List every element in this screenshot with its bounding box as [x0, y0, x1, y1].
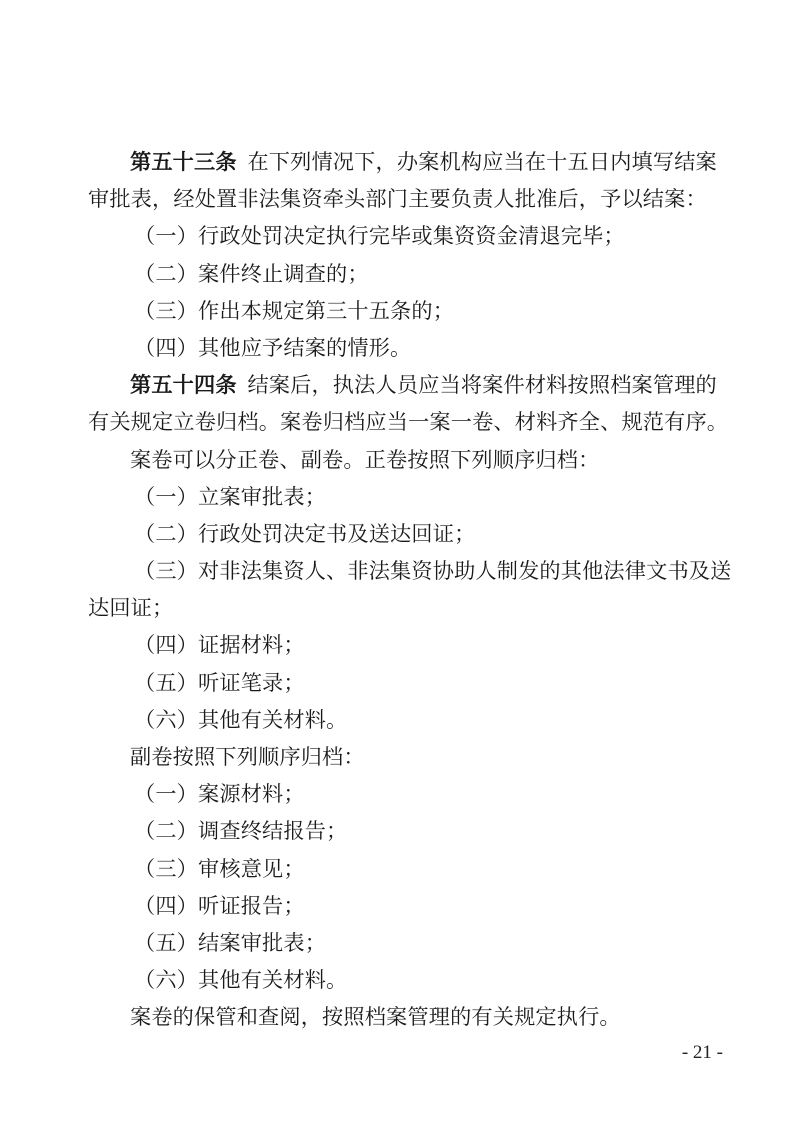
main-volume-item: （四）证据材料；: [88, 626, 730, 663]
main-volume-item: （六）其他有关材料。: [88, 701, 730, 738]
article-54-intro-2: 有关规定立卷归档。案卷归档应当一案一卷、材料齐全、规范有序。: [88, 403, 730, 440]
article-53-item: （三）作出本规定第三十五条的；: [88, 292, 730, 329]
sub-volume-item: （三）审核意见；: [88, 850, 730, 887]
sub-volume-item: （六）其他有关材料。: [88, 961, 730, 998]
article-53-item: （一）行政处罚决定执行完毕或集资资金清退完毕；: [88, 217, 730, 254]
article-53-heading: 第五十三条: [130, 149, 237, 174]
article-53-line-1: 第五十三条 在下列情况下，办案机构应当在十五日内填写结案: [88, 143, 730, 180]
article-53-intro-1: 在下列情况下，办案机构应当在十五日内填写结案: [247, 149, 716, 174]
article-53-intro-2: 审批表，经处置非法集资牵头部门主要负责人批准后，予以结案：: [88, 180, 730, 217]
article-54-heading: 第五十四条: [130, 372, 237, 397]
sub-volume-intro: 副卷按照下列顺序归档：: [88, 738, 730, 775]
main-volume-intro: 案卷可以分正卷、副卷。正卷按照下列顺序归档：: [88, 441, 730, 478]
main-volume-item: （二）行政处罚决定书及送达回证；: [88, 515, 730, 552]
sub-volume-item: （一）案源材料；: [88, 775, 730, 812]
main-volume-item: （三）对非法集资人、非法集资协助人制发的其他法律文书及送: [88, 552, 730, 589]
main-volume-item: （五）听证笔录；: [88, 664, 730, 701]
article-53-item: （四）其他应予结案的情形。: [88, 329, 730, 366]
sub-volume-item: （二）调查终结报告；: [88, 812, 730, 849]
article-53-item: （二）案件终止调查的；: [88, 255, 730, 292]
sub-volume-item: （五）结案审批表；: [88, 924, 730, 961]
article-54-intro-1: 结案后，执法人员应当将案件材料按照档案管理的: [247, 372, 716, 397]
main-volume-item: （一）立案审批表；: [88, 478, 730, 515]
article-54-line-1: 第五十四条 结案后，执法人员应当将案件材料按照档案管理的: [88, 366, 730, 403]
main-volume-item-continuation: 达回证；: [88, 589, 730, 626]
page-number: - 21 -: [682, 1042, 723, 1064]
closing-paragraph: 案卷的保管和查阅，按照档案管理的有关规定执行。: [88, 998, 730, 1035]
document-page: 第五十三条 在下列情况下，办案机构应当在十五日内填写结案 审批表，经处置非法集资…: [88, 143, 730, 1036]
sub-volume-item: （四）听证报告；: [88, 887, 730, 924]
